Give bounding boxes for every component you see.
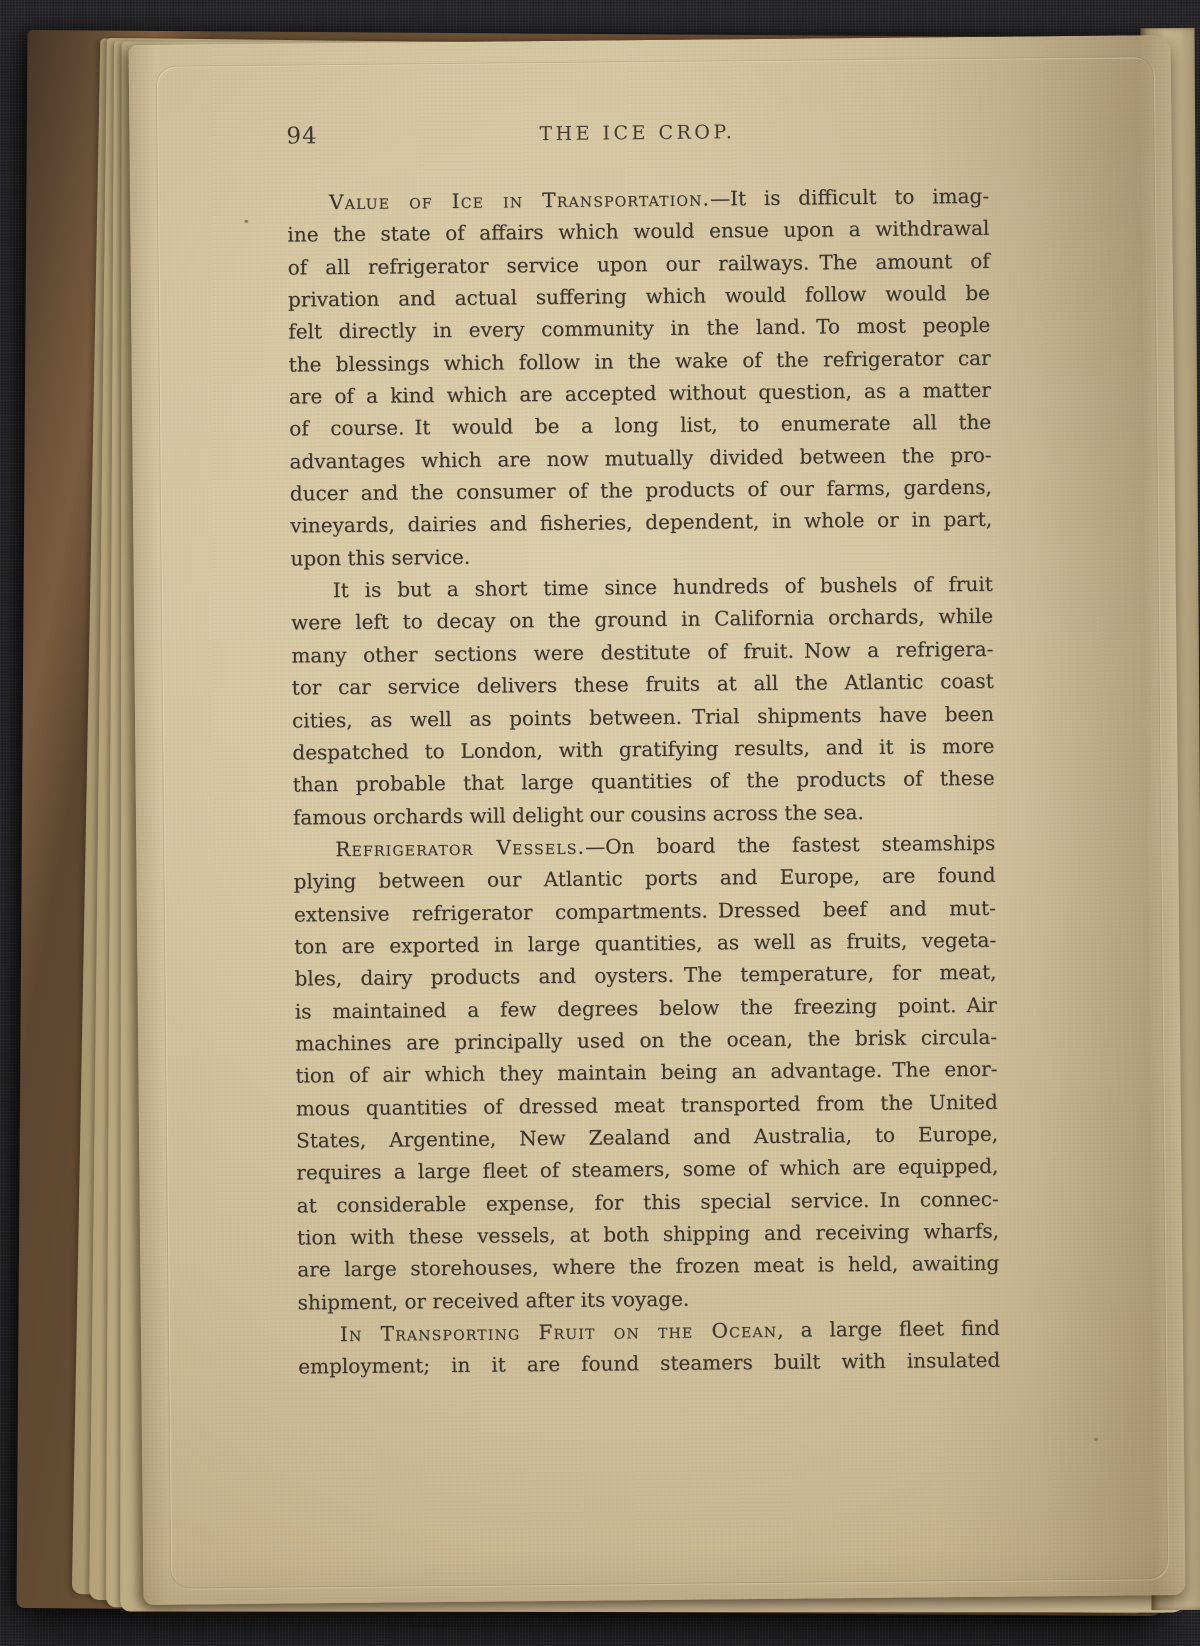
text-line: employment; in it are found steamers bui… [298, 1344, 1000, 1383]
paragraph: Value of Ice in Transportation.—It is di… [287, 180, 993, 575]
smallcaps-lead: Value of Ice in Transportation. [329, 186, 710, 214]
text-line: are large storehouses, where the frozen … [297, 1247, 999, 1286]
paragraph: In Transporting Fruit on the Ocean, a la… [298, 1312, 1001, 1383]
page-header: 94 THE ICE CROP. [286, 115, 988, 156]
smallcaps-lead: Refrigerator Vessels. [335, 835, 585, 861]
smallcaps-lead: In Transporting Fruit on the Ocean [340, 1318, 778, 1346]
text-line: vineyards, dairies and fisheries, depend… [290, 503, 992, 542]
paragraph: Refrigerator Vessels.—On board the faste… [293, 827, 1000, 1319]
book-page: 94 THE ICE CROP. Value of Ice in Transpo… [129, 35, 1186, 1605]
page-body: Value of Ice in Transportation.—It is di… [287, 180, 1000, 1383]
text-line: than probable that large quantities of t… [292, 762, 994, 801]
paragraph: It is but a short time since hundreds of… [291, 568, 995, 833]
paper-speck [1094, 1438, 1098, 1441]
paper-speck [244, 220, 248, 223]
running-title: THE ICE CROP. [286, 119, 988, 148]
